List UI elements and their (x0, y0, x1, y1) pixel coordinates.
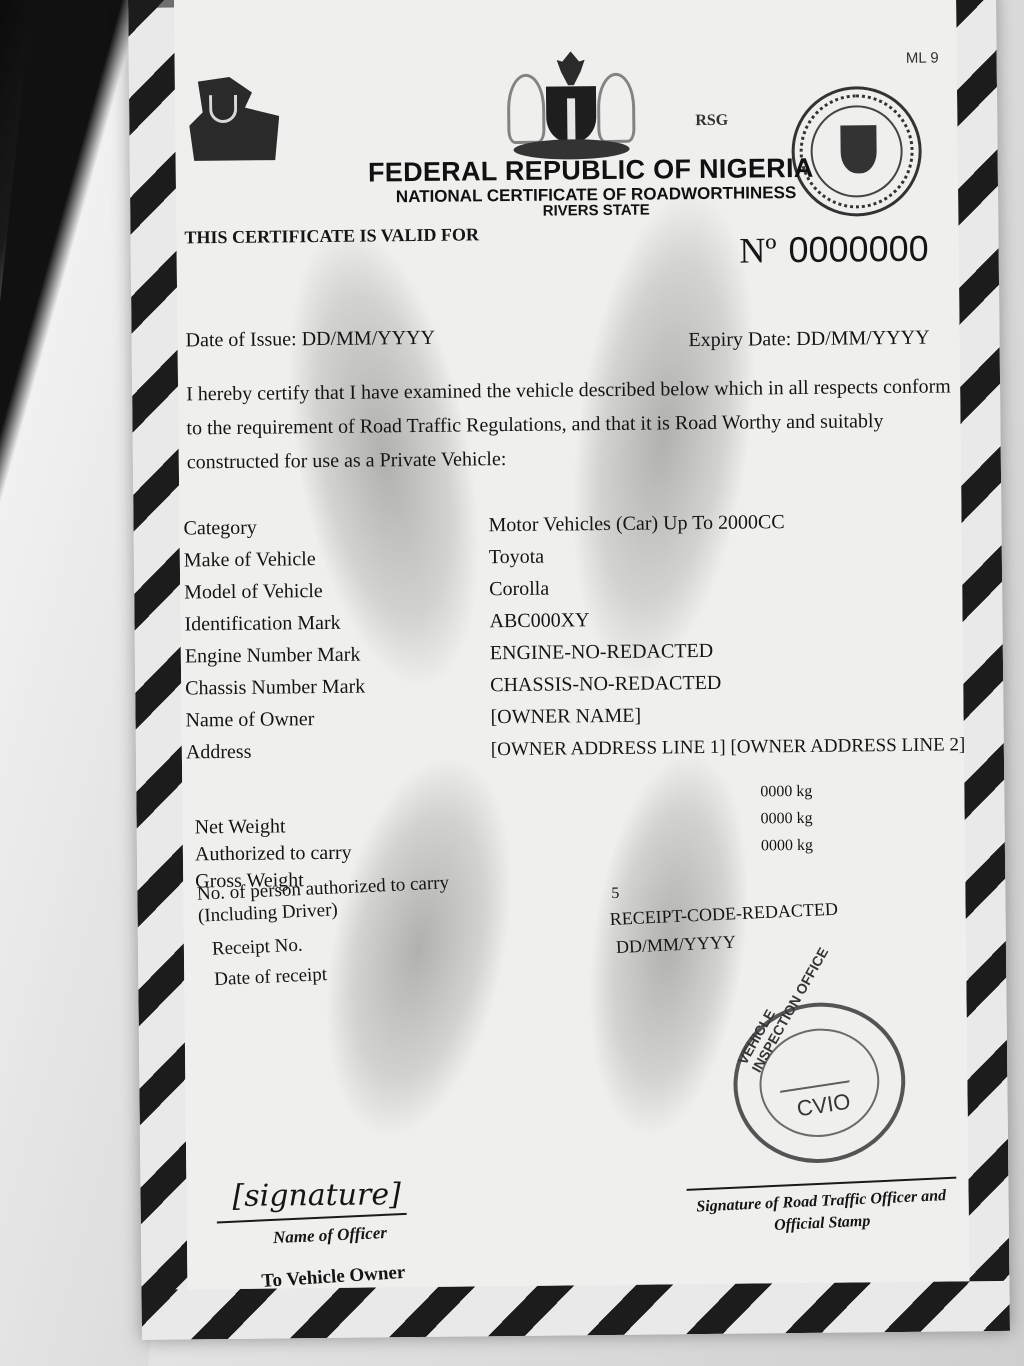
field-label: Make of Vehicle (184, 546, 489, 572)
vehicle-inspection-stamp-icon: VEHICLE INSPECTION OFFICE CVIO (722, 991, 916, 1175)
weight-value: 0000 kg (761, 837, 813, 856)
form-code: ML 9 (906, 50, 939, 67)
field-value: [OWNER ADDRESS LINE 1] [OWNER ADDRESS LI… (491, 734, 986, 761)
field-label: Name of Owner (185, 706, 490, 732)
roadworthiness-certificate: ML 9 RSG FEDERAL REPUBLIC OF NIGERIA NAT… (128, 0, 1010, 1340)
weight-label: Net Weight (195, 815, 286, 839)
field-value: Motor Vehicles (Car) Up To 2000CC (488, 509, 983, 537)
expiry-value: DD/MM/YYYY (796, 327, 930, 350)
name-of-officer-label: Name of Officer (273, 1216, 538, 1248)
weight-label: Authorized to carry (195, 842, 352, 867)
field-value: [OWNER NAME] (490, 701, 985, 729)
officer-signature: [signature] (232, 1176, 536, 1214)
number-symbol: Nº (739, 230, 777, 270)
officer-name-block: [signature] Name of Officer To Vehicle O… (216, 1176, 537, 1286)
receipt-number-label: Receipt No. (211, 935, 303, 961)
field-label: Engine Number Mark (185, 642, 490, 668)
field-label: Category (183, 514, 488, 540)
field-value: Toyota (489, 541, 984, 569)
weight-value: 0000 kg (761, 810, 813, 829)
coat-of-arms-icon (501, 51, 642, 162)
field-value: Corolla (489, 573, 984, 601)
certification-statement: I hereby certify that I have examined th… (186, 369, 967, 479)
field-value: CHASSIS-NO-REDACTED (490, 669, 985, 697)
vehicle-details: CategoryMotor Vehicles (Car) Up To 2000C… (183, 509, 986, 799)
road-traffic-officer-label: Signature of Road Traffic Officer and Of… (686, 1185, 958, 1241)
field-label: Model of Vehicle (184, 578, 489, 604)
expiry-date: Expiry Date: DD/MM/YYYY (688, 327, 929, 353)
field-label: Address (186, 738, 491, 764)
valid-for-label: THIS CERTIFICATE IS VALID FOR (184, 224, 479, 248)
certificate-number-value: 0000000 (788, 228, 929, 270)
field-value: ABC000XY (489, 605, 984, 633)
date-of-receipt-label: Date of receipt (214, 964, 328, 991)
signature-line (217, 1213, 407, 1224)
date-of-issue: Date of Issue: DD/MM/YYYY (185, 327, 435, 353)
rivers-state-map-logo-icon (189, 76, 280, 165)
persons-authorized-value: 5 (611, 885, 619, 903)
expiry-label: Expiry Date: (688, 328, 791, 351)
certificate-body: ML 9 RSG FEDERAL REPUBLIC OF NIGERIA NAT… (174, 0, 969, 1289)
road-traffic-officer-signature-block: Signature of Road Traffic Officer and Of… (686, 1181, 957, 1236)
field-label: Identification Mark (184, 610, 489, 636)
issue-label: Date of Issue: (185, 328, 296, 351)
certificate-number: Nº0000000 (739, 228, 929, 272)
field-value: ENGINE-NO-REDACTED (490, 637, 985, 665)
agency-code: RSG (695, 112, 728, 130)
document-state: RIVERS STATE (356, 200, 836, 222)
weight-value: 0000 kg (760, 783, 812, 802)
field-label: Chassis Number Mark (185, 674, 490, 700)
issue-value: DD/MM/YYYY (302, 327, 436, 350)
